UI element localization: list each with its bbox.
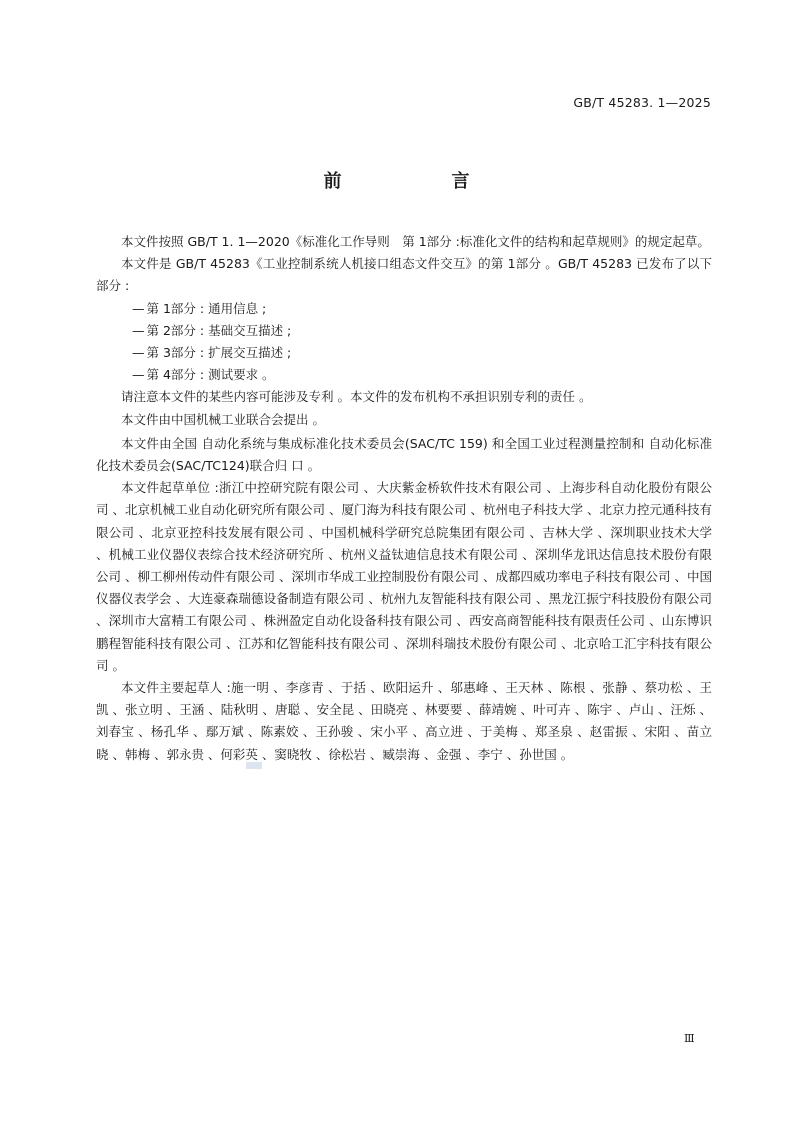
page-title: 前 言 <box>0 167 793 193</box>
page-number: Ⅲ <box>684 1032 695 1045</box>
document-body: 本文件按照 GB/T 1. 1—2020《标准化工作导则 第 1部分 :标准化文… <box>96 231 712 766</box>
paragraph-patent-notice: 请注意本文件的某些内容可能涉及专利 。本文件的发布机构不承担识别专利的责任 。 <box>96 386 712 408</box>
paragraph-committee: 本文件由全国 自动化系统与集成标准化技术委员会(SAC/TC 159) 和全国工… <box>96 433 712 477</box>
list-item: 第 2部分 : 基础交互描述 ; <box>96 320 712 342</box>
parts-list: 第 1部分 : 通用信息 ; 第 2部分 : 基础交互描述 ; 第 3部分 : … <box>96 298 712 387</box>
list-item: 第 1部分 : 通用信息 ; <box>96 298 712 320</box>
paragraph-drafting-rules: 本文件按照 GB/T 1. 1—2020《标准化工作导则 第 1部分 :标准化文… <box>96 231 712 253</box>
list-item: 第 4部分 : 测试要求 。 <box>96 364 712 386</box>
standard-code: GB/T 45283. 1—2025 <box>573 95 711 110</box>
stamp-mark <box>246 762 262 769</box>
paragraph-drafting-units: 本文件起草单位 :浙江中控研究院有限公司 、大庆紫金桥软件技术有限公司 、上海步… <box>96 477 712 677</box>
list-item: 第 3部分 : 扩展交互描述 ; <box>96 342 712 364</box>
paragraph-proposer: 本文件由中国机械工业联合会提出 。 <box>96 409 712 431</box>
paragraph-drafters: 本文件主要起草人 :施一明 、李彦青 、于括 、欧阳运升 、邬惠峰 、王天林 、… <box>96 677 712 766</box>
paragraph-parts-intro: 本文件是 GB/T 45283《工业控制系统人机接口组态文件交互》的第 1部分 … <box>96 253 712 297</box>
